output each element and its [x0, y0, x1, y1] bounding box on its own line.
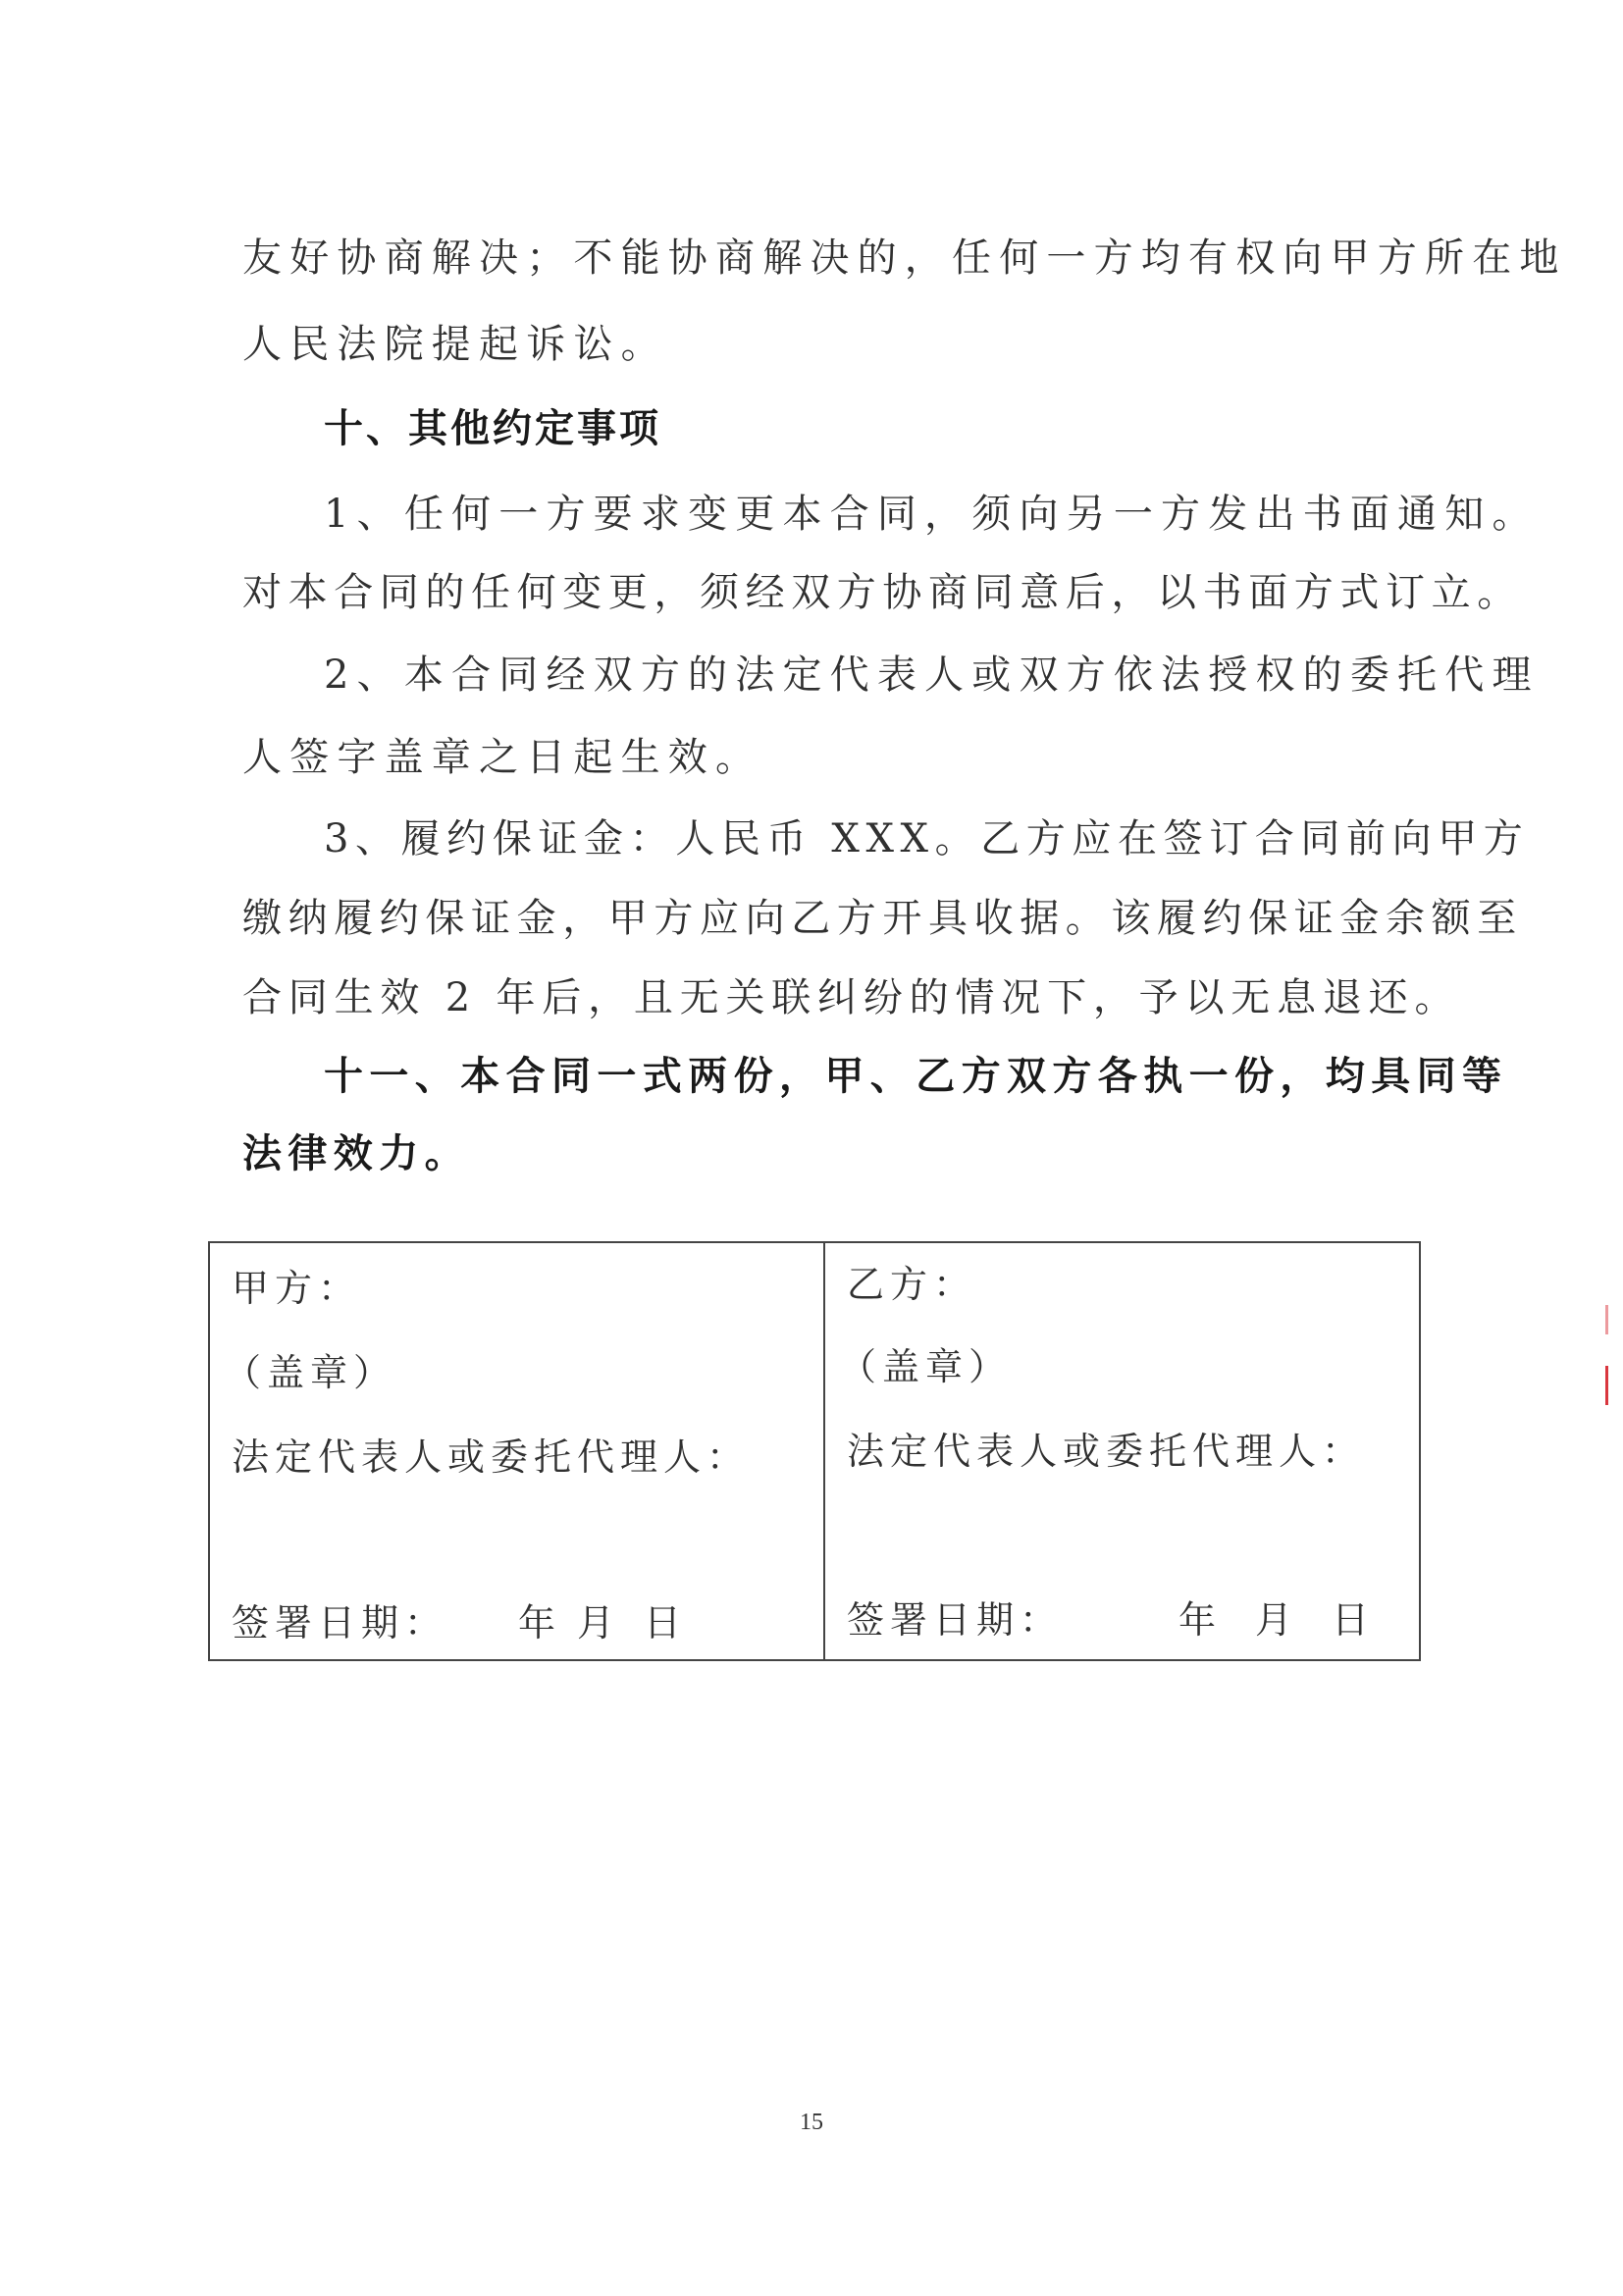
clause-1-line-1: 1、任何一方要求变更本合同，须向另一方发出书面通知。: [324, 491, 1467, 538]
party-b-day: 日: [1332, 1598, 1369, 1642]
signature-table: 甲方： （盖章） 法定代表人或委托代理人： 签署日期： 年 月 日 乙方： （盖…: [208, 1241, 1421, 1661]
party-b-signing-date: 签署日期： 年 月 日: [847, 1598, 1369, 1642]
party-a-day: 日: [644, 1601, 681, 1644]
section-heading-other-terms: 十、其他约定事项: [324, 405, 1467, 452]
paragraph-dispute-continued: 人民法院提起诉讼。: [242, 321, 1386, 368]
party-a-representative-label: 法定代表人或委托代理人：: [232, 1435, 750, 1479]
clause-3-line-3: 合同生效 2 年后，且无关联纠纷的情况下，予以无息退还。: [242, 974, 1386, 1021]
scan-edge-mark: [1605, 1366, 1608, 1405]
clause-1-line-2: 对本合同的任何变更，须经双方协商同意后，以书面方式订立。: [242, 569, 1386, 616]
party-a-signature-cell: 甲方： （盖章） 法定代表人或委托代理人： 签署日期： 年 月 日: [210, 1243, 825, 1659]
paragraph-dispute-continued: 友好协商解决；不能协商解决的，任何一方均有权向甲方所在地: [242, 235, 1386, 282]
page-number: 15: [0, 2110, 1623, 2136]
scan-edge-mark: [1605, 1305, 1608, 1334]
party-b-month: 月: [1255, 1598, 1292, 1642]
party-a-seal-label: （盖章）: [224, 1351, 396, 1394]
document-page: 友好协商解决；不能协商解决的，任何一方均有权向甲方所在地 人民法院提起诉讼。 十…: [0, 0, 1623, 2296]
clause-2-line-2: 人签字盖章之日起生效。: [242, 734, 1386, 781]
party-b-date-label: 签署日期：: [847, 1598, 1063, 1642]
section-11-line-2: 法律效力。: [242, 1130, 1386, 1177]
party-a-year: 年: [518, 1601, 555, 1644]
party-a-label: 甲方：: [232, 1267, 361, 1310]
section-11-line-1: 十一、本合同一式两份，甲、乙方双方各执一份，均具同等: [324, 1053, 1467, 1100]
party-a-date-label: 签署日期：: [232, 1601, 447, 1644]
clause-3-line-2: 缴纳履约保证金，甲方应向乙方开具收据。该履约保证金余额至: [242, 895, 1386, 942]
party-b-label: 乙方：: [847, 1263, 976, 1306]
party-a-month: 月: [577, 1601, 614, 1644]
party-b-year: 年: [1178, 1598, 1216, 1642]
clause-2-line-1: 2、本合同经双方的法定代表人或双方依法授权的委托代理: [324, 652, 1467, 699]
party-a-signing-date: 签署日期： 年 月 日: [232, 1601, 681, 1644]
party-b-seal-label: （盖章）: [839, 1345, 1012, 1388]
clause-3-line-1: 3、履约保证金：人民币 XXX。乙方应在签订合同前向甲方: [324, 815, 1467, 862]
party-b-representative-label: 法定代表人或委托代理人：: [847, 1430, 1365, 1473]
party-b-signature-cell: 乙方： （盖章） 法定代表人或委托代理人： 签署日期： 年 月 日: [825, 1243, 1419, 1659]
